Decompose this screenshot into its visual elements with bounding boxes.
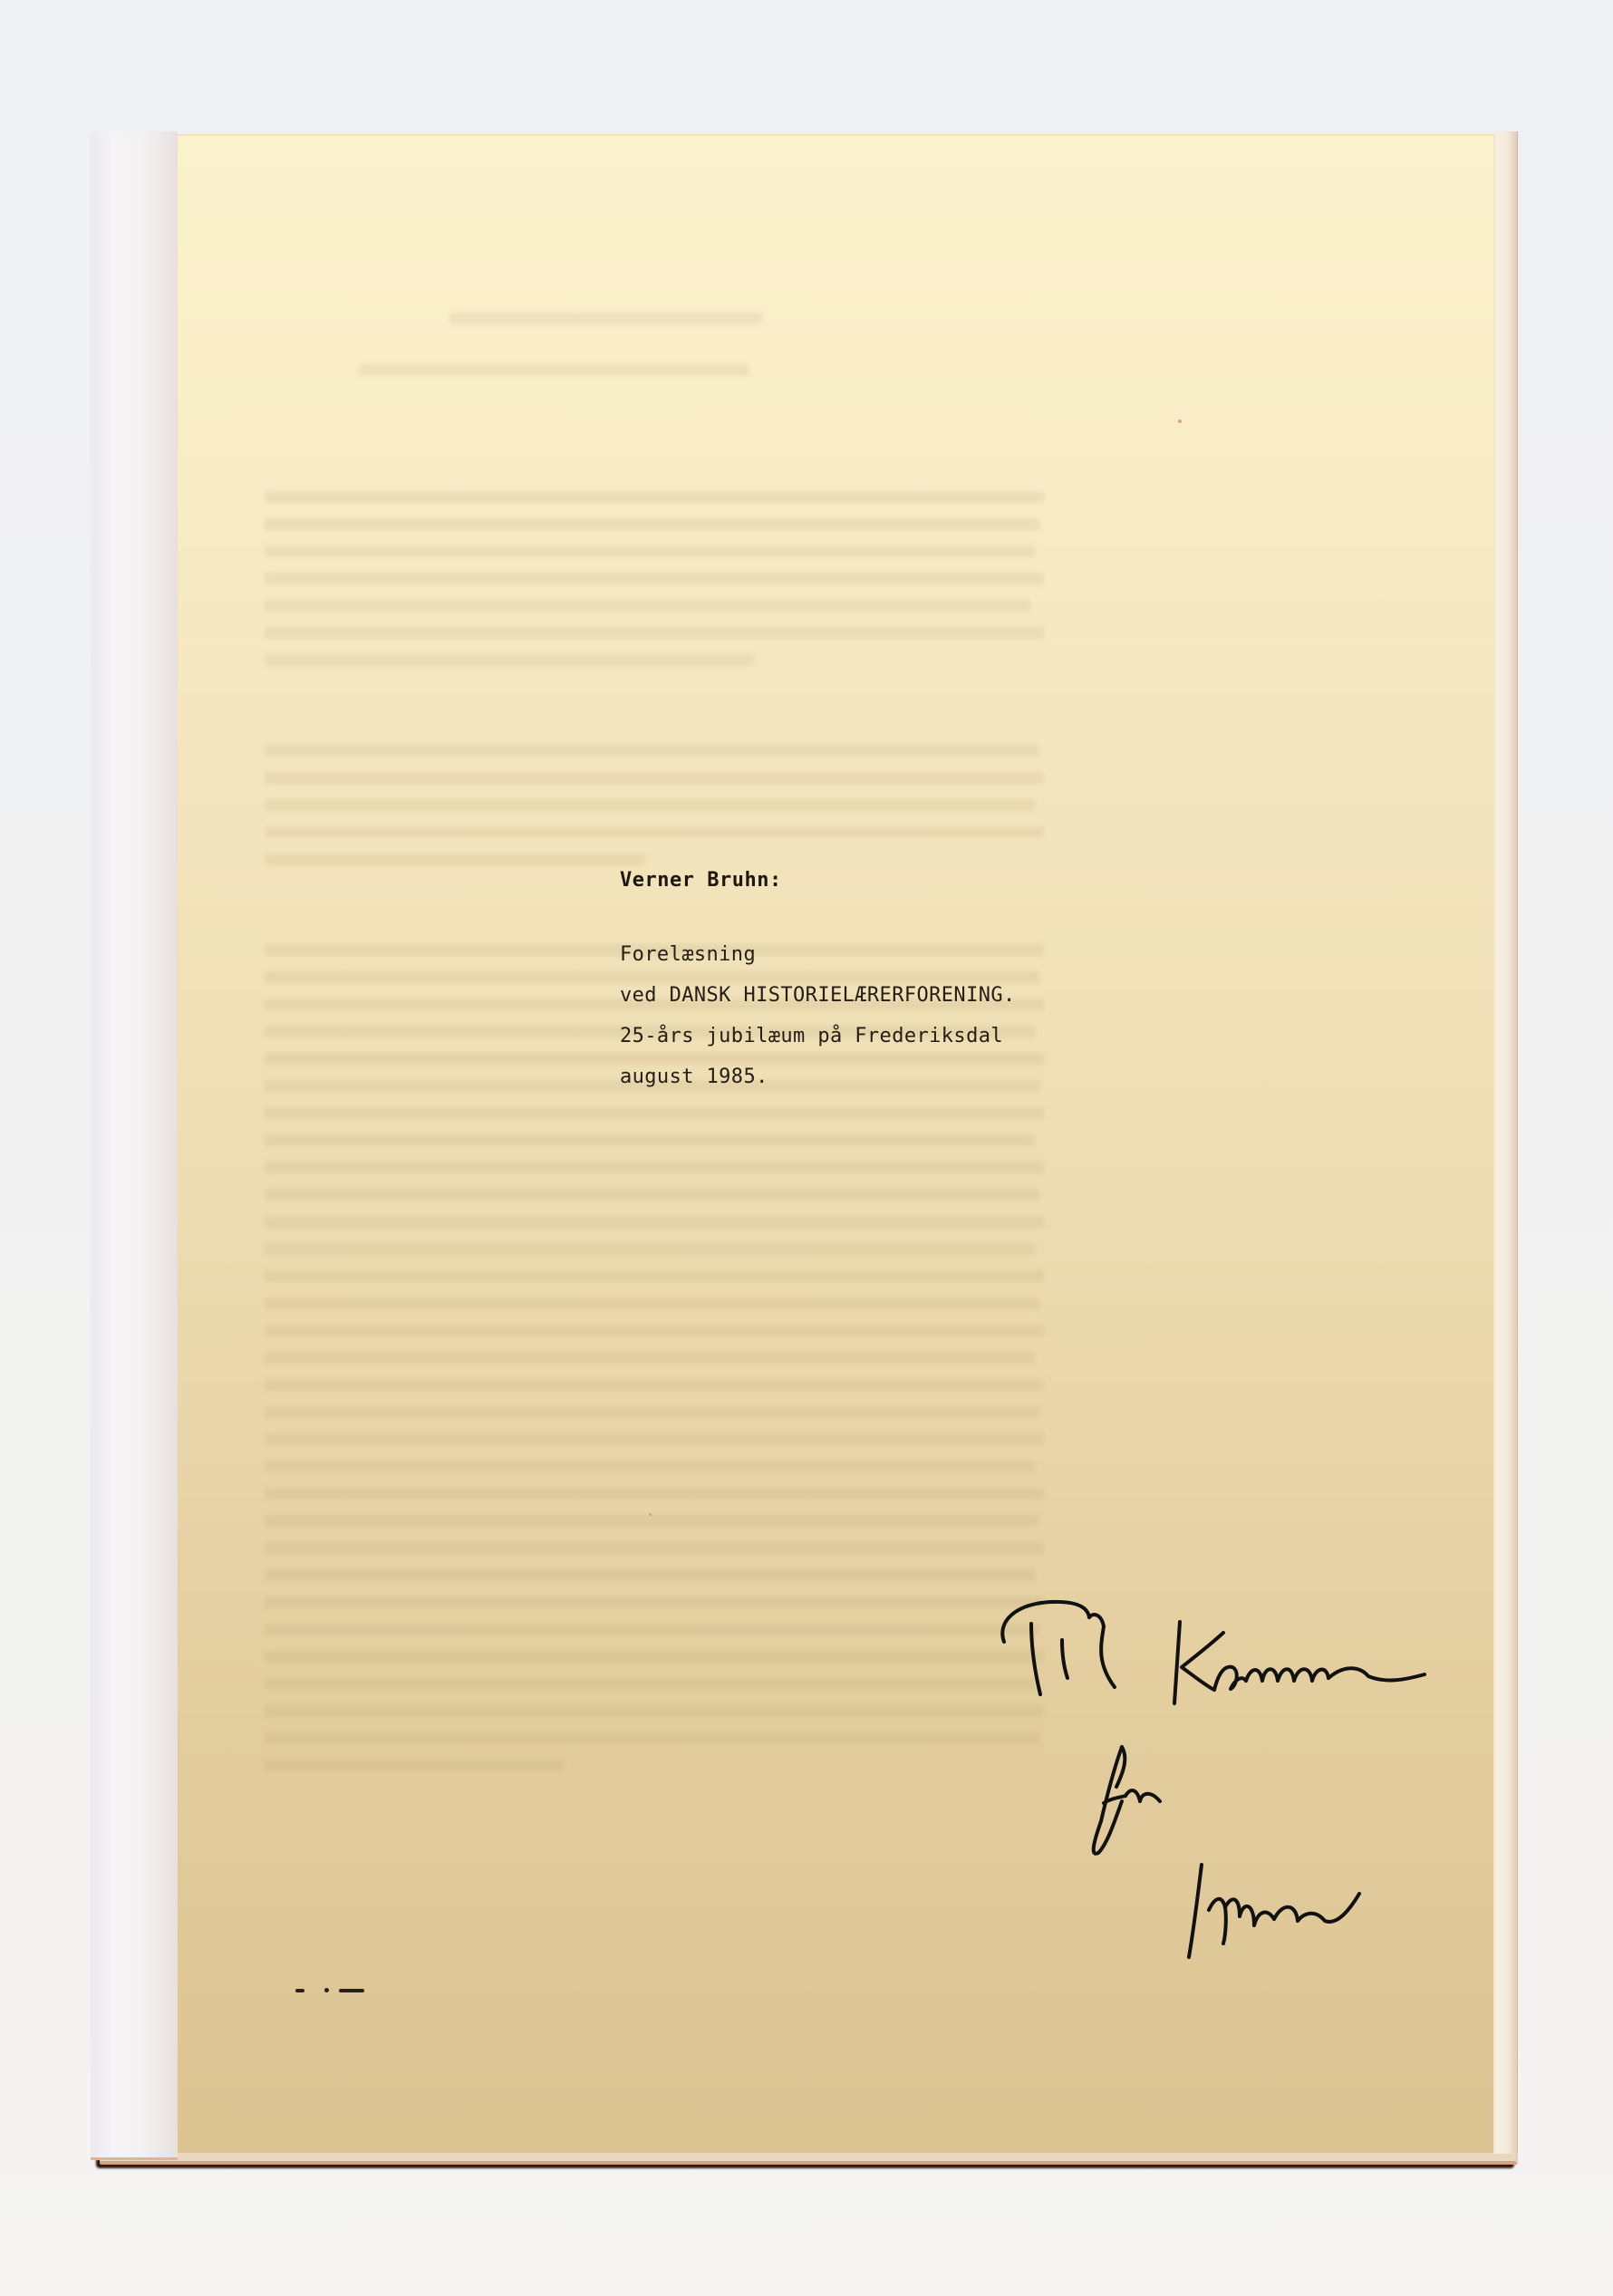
dust-speck <box>1178 420 1182 423</box>
page-mark: - · — <box>295 1986 368 1995</box>
cover-line-association: ved DANSK HISTORIELÆRERFORENING. <box>620 975 1345 1016</box>
cover-line-lecture: Forelæsning <box>620 934 1345 975</box>
dust-speck <box>649 1513 652 1516</box>
booklet: Verner Bruhn: Forelæsning ved DANSK HIST… <box>91 131 1518 2167</box>
cover-text-block: Verner Bruhn: Forelæsning ved DANSK HIST… <box>620 867 1345 1097</box>
svg-text:Til Kamma: Til Kamma <box>988 1577 1067 1580</box>
author-name: Verner Bruhn: <box>620 867 1345 894</box>
cover-line-date: august 1985. <box>620 1056 1345 1097</box>
cover-line-jubilee: 25-års jubilæum på Frederiksdal <box>620 1016 1345 1056</box>
page-edge-right <box>1493 131 1518 2154</box>
binding-strip <box>91 131 178 2160</box>
handwritten-inscription: Til Kamma <box>988 1577 1477 1966</box>
